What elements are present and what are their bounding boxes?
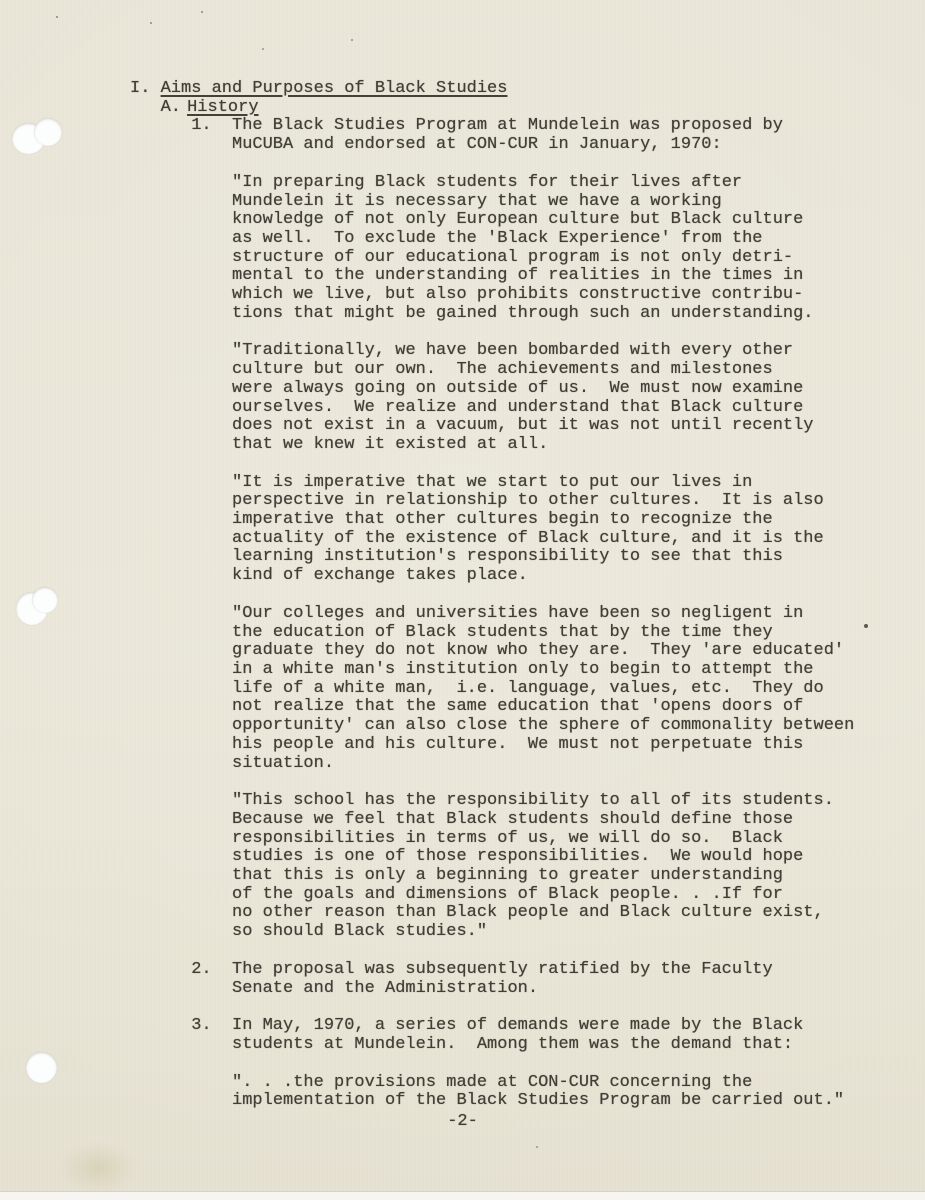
quoted-paragraph-1: "In preparing Black students for their l… [232, 174, 880, 324]
hole-punch-middle-overlap [32, 587, 58, 613]
list-item-2-text: The proposal was subsequently ratified b… [232, 961, 773, 998]
document-page: I. Aims and Purposes of Black Studies A.… [0, 0, 925, 1200]
list-item-1: 1. The Black Studies Program at Mundelei… [191, 117, 880, 154]
list-item-1-number: 1. [191, 117, 232, 154]
quoted-paragraph-4: "Our colleges and universities have been… [232, 605, 880, 773]
list-item-3: 3. In May, 1970, a series of demands wer… [191, 1017, 880, 1054]
section-heading: I. Aims and Purposes of Black Studies [130, 80, 880, 99]
subsection-heading: A. History [161, 99, 880, 118]
list-item-1-text: The Black Studies Program at Mundelein w… [232, 117, 783, 154]
list-item-2: 2. The proposal was subsequently ratifie… [191, 961, 880, 998]
list-item-3-text: In May, 1970, a series of demands were m… [232, 1017, 803, 1054]
quoted-paragraph-6: ". . .the provisions made at CON-CUR con… [232, 1074, 880, 1111]
section-title: Aims and Purposes of Black Studies [161, 80, 508, 99]
list-item-2-number: 2. [191, 961, 232, 998]
scan-edge-bottom [0, 1191, 925, 1200]
subsection-letter: A. [161, 99, 188, 118]
hole-punch-top-overlap [34, 118, 62, 146]
hole-punch-bottom [26, 1052, 57, 1083]
quoted-paragraph-3: "It is imperative that we start to put o… [232, 474, 880, 586]
page-number: -2- [0, 1112, 925, 1131]
list-item-3-number: 3. [191, 1017, 232, 1054]
paper-stain [58, 1142, 138, 1194]
quoted-paragraph-2: "Traditionally, we have been bombarded w… [232, 342, 880, 454]
typewritten-text-block: I. Aims and Purposes of Black Studies A.… [130, 80, 880, 1111]
section-numeral: I. [130, 80, 161, 99]
paper-specks [0, 0, 2, 2]
quoted-paragraph-5: "This school has the responsibility to a… [232, 792, 880, 942]
subsection-title: History [187, 99, 258, 118]
